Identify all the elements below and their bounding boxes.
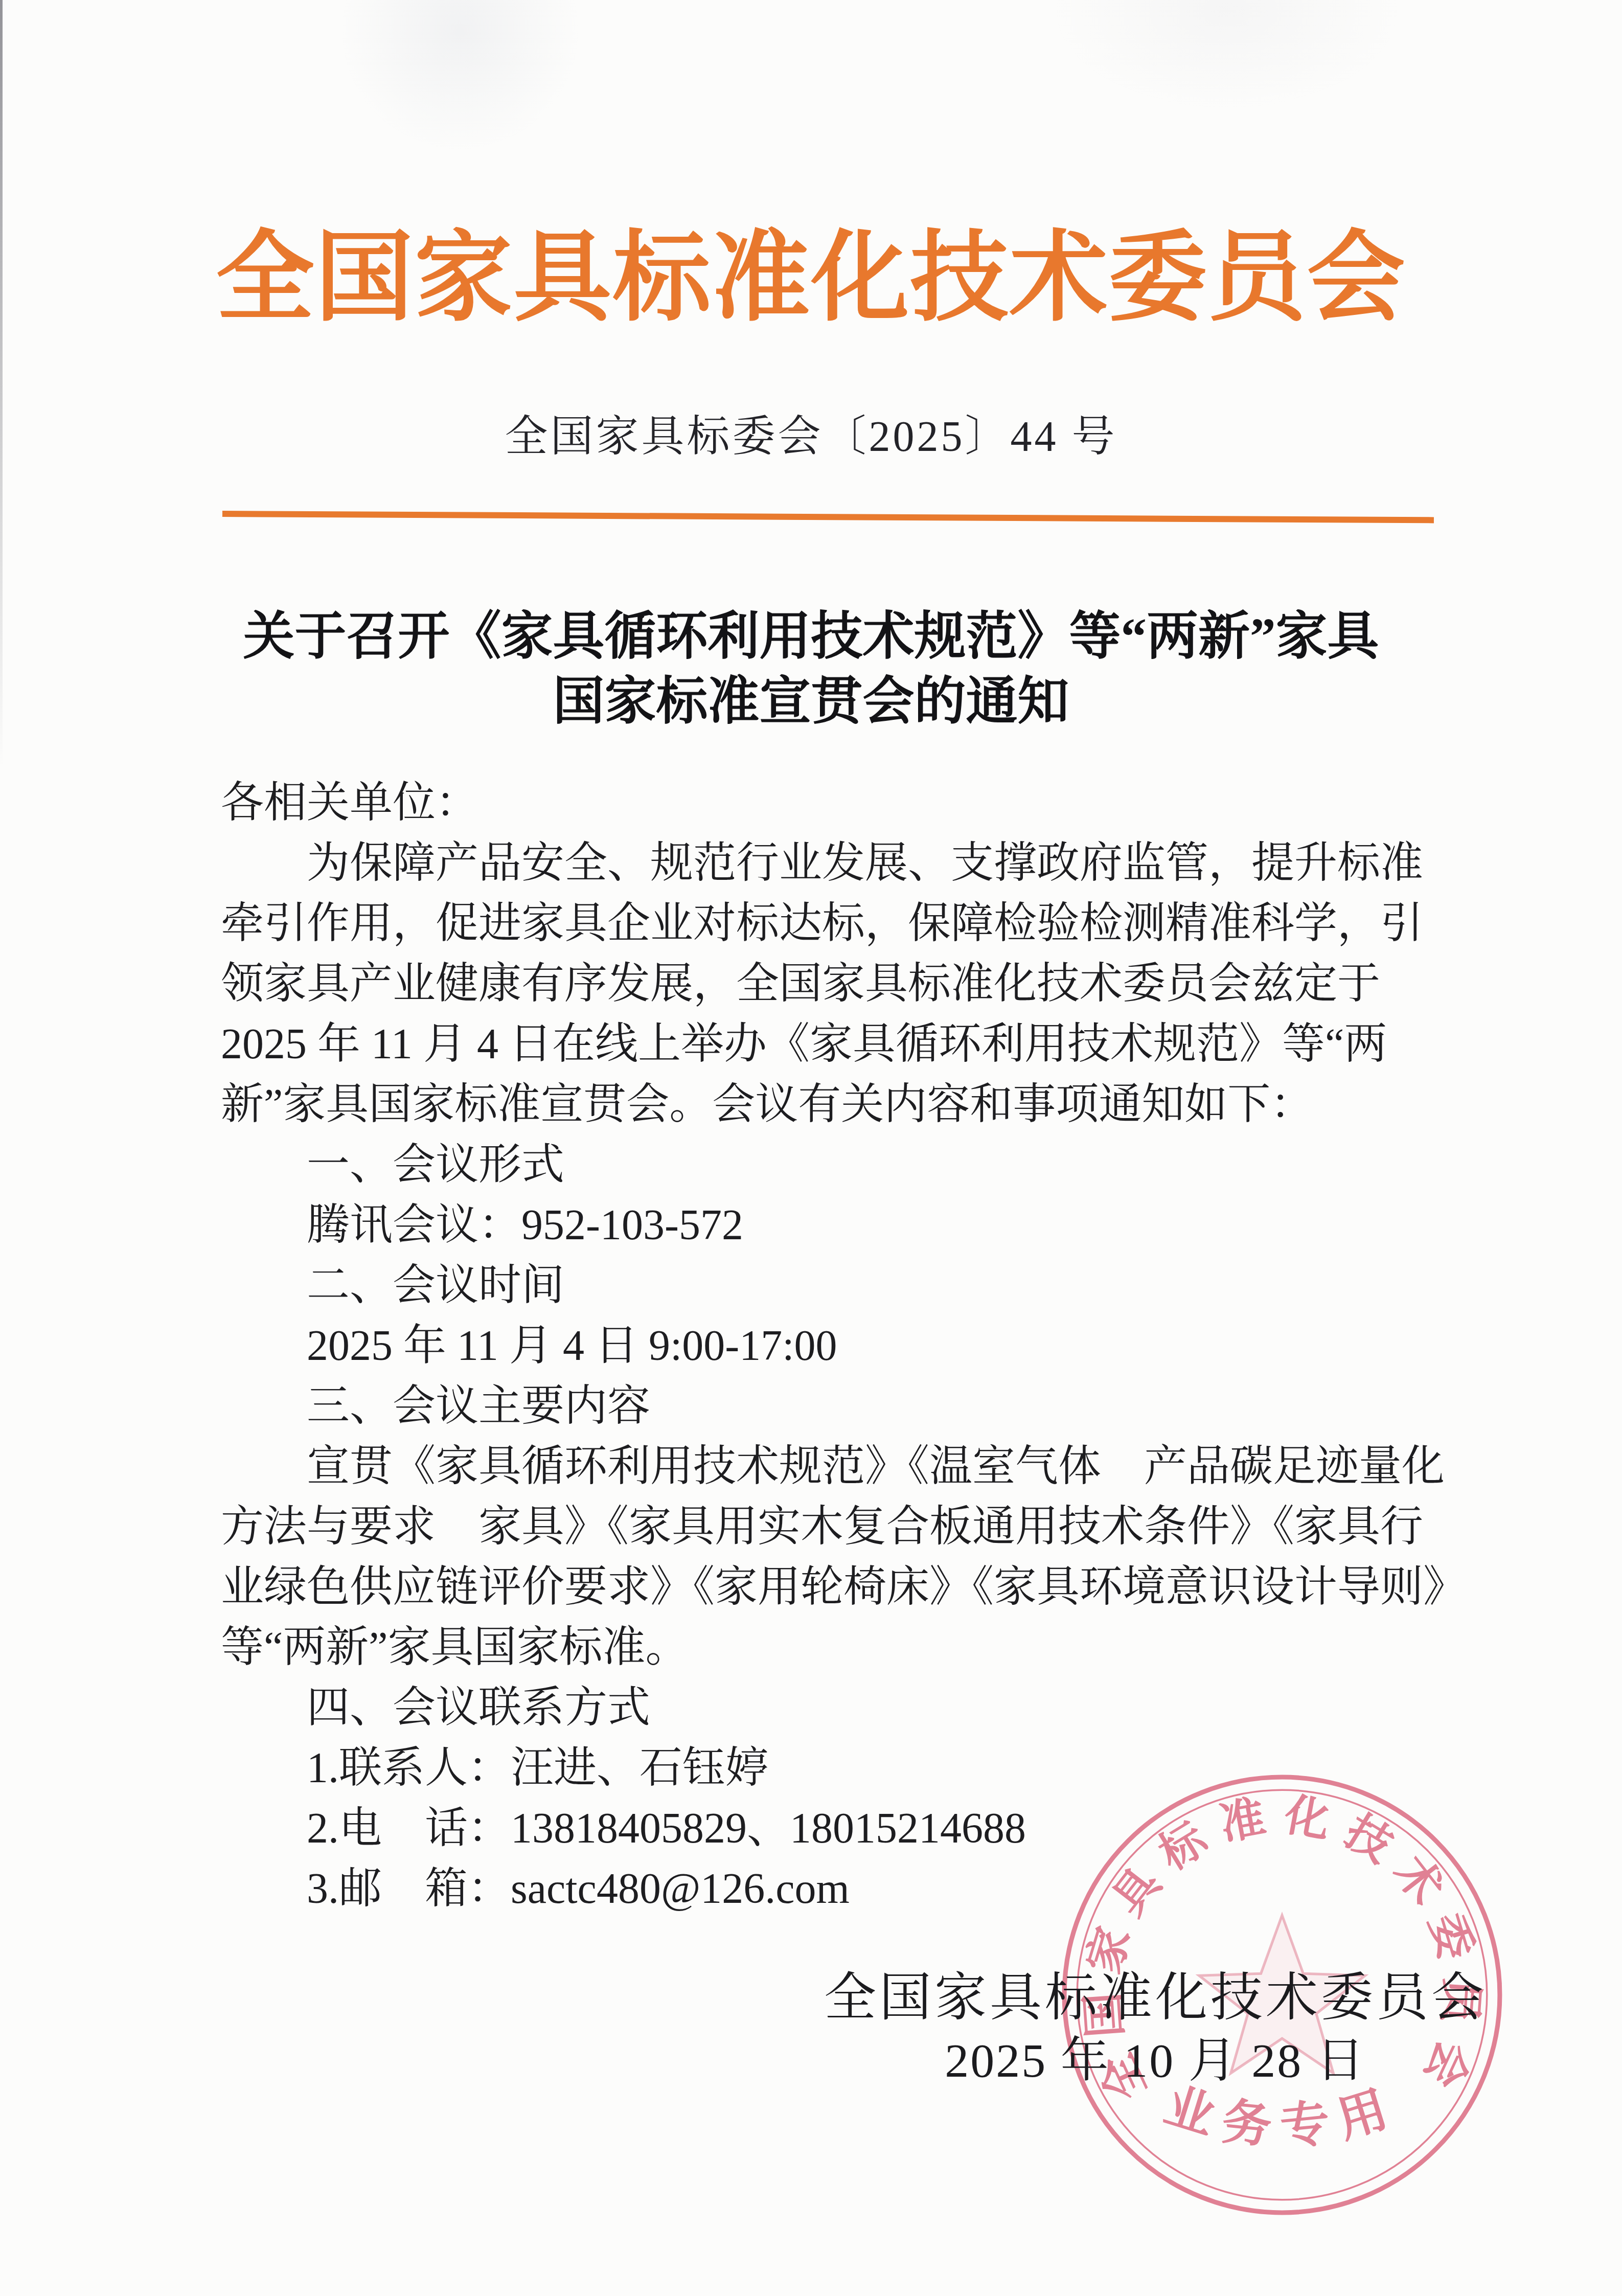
body-line: 业绿色供应链评价要求》《家用轮椅床》《家具环境意识设计导则》: [221, 1557, 1437, 1618]
signature-block: 全国家具标准化技术委员会 2025 年 10 月 28 日: [797, 1966, 1513, 2091]
body-line: 2025 年 11 月 4 日在线上举办《家具循环利用技术规范》等“两: [221, 1014, 1437, 1075]
body-line-section-1: 一、会议形式: [221, 1135, 1437, 1195]
signature-date: 2025 年 10 月 28 日: [797, 2031, 1513, 2091]
orange-divider-rule: [222, 511, 1434, 523]
body-line: 领家具产业健康有序发展，全国家具标准化技术委员会兹定于: [221, 954, 1437, 1014]
body-line: 宣贯《家具循环利用技术规范》《温室气体 产品碳足迹量化: [221, 1437, 1437, 1497]
body-line-section-3: 三、会议主要内容: [221, 1376, 1437, 1437]
body-line: 方法与要求 家具》《家具用实木复合板通用技术条件》《家具行: [221, 1497, 1437, 1557]
body-line-section-2: 二、会议时间: [221, 1256, 1437, 1316]
scan-smudge: [337, 0, 583, 153]
notice-title-line2: 国家标准宣贯会的通知: [0, 669, 1622, 734]
notice-body: 各相关单位： 为保障产品安全、规范行业发展、支撑政府监管，提升标准 牵引作用，促…: [221, 773, 1437, 1919]
body-line: 各相关单位：: [221, 773, 1437, 833]
body-line: 牵引作用，促进家具企业对标达标，保障检验检测精准科学，引: [221, 894, 1437, 954]
scan-smudge: [1048, 0, 1406, 112]
body-line-meeting-id: 腾讯会议：952-103-572: [221, 1195, 1437, 1256]
notice-title-line1: 关于召开《家具循环利用技术规范》等“两新”家具: [0, 604, 1622, 669]
body-line: 新”家具国家标准宣贯会。会议有关内容和事项通知如下：: [221, 1075, 1437, 1135]
body-line-meeting-time: 2025 年 11 月 4 日 9:00-17:00: [221, 1316, 1437, 1376]
body-line: 等“两新”家具国家标准。: [221, 1618, 1437, 1678]
signature-org: 全国家具标准化技术委员会: [797, 1966, 1513, 2031]
document-page: 全国家具标准化技术委员会 全国家具标委会〔2025〕44 号 关于召开《家具循环…: [0, 0, 1622, 2296]
body-line-section-4: 四、会议联系方式: [221, 1678, 1437, 1738]
org-title: 全国家具标准化技术委员会: [0, 198, 1622, 339]
body-line: 为保障产品安全、规范行业发展、支撑政府监管，提升标准: [221, 833, 1437, 894]
notice-title: 关于召开《家具循环利用技术规范》等“两新”家具 国家标准宣贯会的通知: [0, 604, 1622, 734]
doc-number: 全国家具标委会〔2025〕44 号: [0, 402, 1622, 464]
